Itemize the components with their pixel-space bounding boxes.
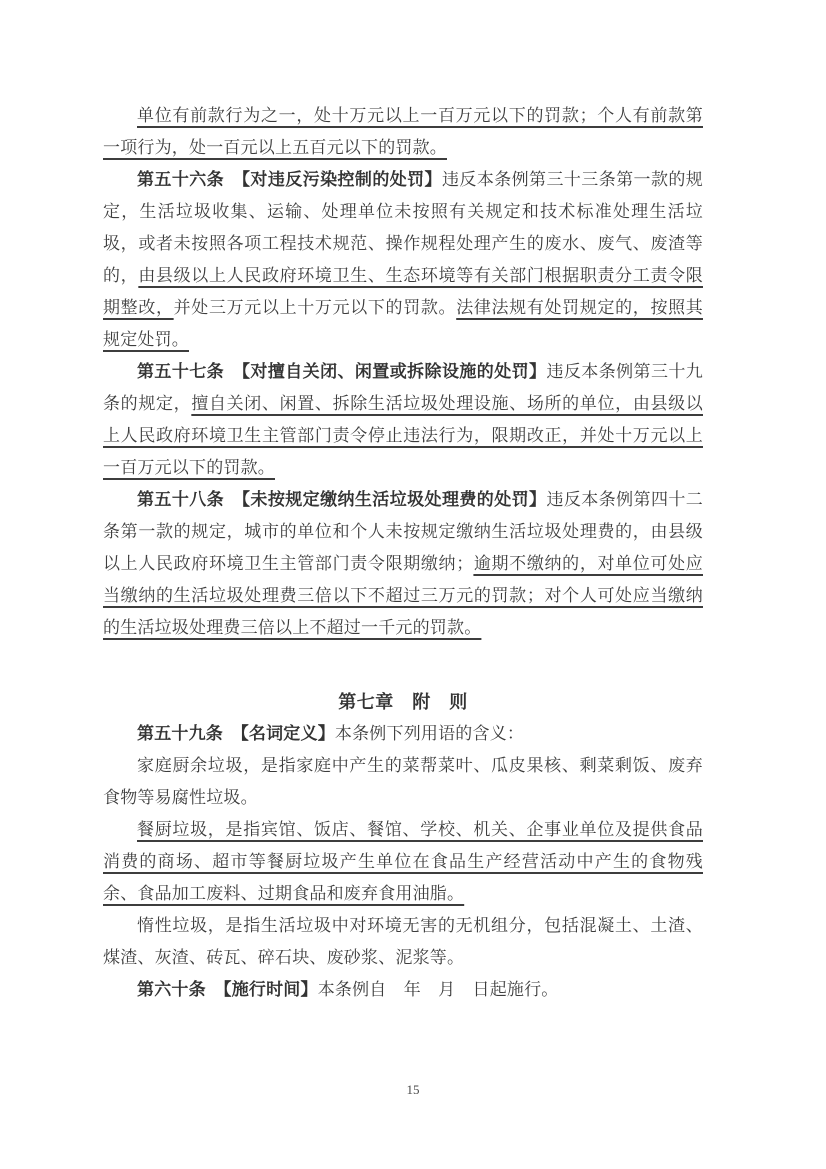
paragraph-article-60: 第六十条 【施行时间】本条例自 年 月 日起施行。 (103, 974, 703, 1006)
paragraph-definition-restaurant-kitchen-waste: 餐厨垃圾，是指宾馆、饭店、餐馆、学校、机关、企事业单位及提供食品消费的商场、超市… (103, 814, 703, 910)
article-title-text: 第六十条 【施行时间】 (137, 980, 318, 999)
underlined-revision-text: 单位有前款行为之一，处十万元以上一百万元以下的罚款；个人有前款第一项行为，处一百… (103, 106, 703, 157)
body-text: 本条例自 年 月 日起施行。 (318, 980, 559, 999)
body-text: 并处三万元以上十万元以下的罚款。 (174, 298, 457, 317)
paragraph-closing-clause-prev-article: 单位有前款行为之一，处十万元以上一百万元以下的罚款；个人有前款第一项行为，处一百… (103, 100, 703, 164)
article-title-text: 第五十九条 【名词定义】 (137, 724, 335, 743)
article-title-text: 第五十八条 【未按规定缴纳生活垃圾处理费的处罚】 (137, 490, 546, 509)
paragraph-article-56: 第五十六条 【对违反污染控制的处罚】违反本条例第三十三条第一款的规定，生活垃圾收… (103, 164, 703, 356)
body-text: 惰性垃圾，是指生活垃圾中对环境无害的无机组分，包括混凝土、土渣、煤渣、灰渣、砖瓦… (103, 916, 703, 967)
article-title-text: 第五十七条 【对擅自关闭、闲置或拆除设施的处罚】 (137, 362, 546, 381)
document-body: 单位有前款行为之一，处十万元以上一百万元以下的罚款；个人有前款第一项行为，处一百… (103, 100, 703, 1006)
underlined-revision-text: 餐厨垃圾，是指宾馆、饭店、餐馆、学校、机关、企事业单位及提供食品消费的商场、超市… (103, 820, 703, 903)
paragraph-article-57: 第五十七条 【对擅自关闭、闲置或拆除设施的处罚】违反本条例第三十九条的规定，擅自… (103, 356, 703, 484)
chapter-heading: 第七章 附 则 (103, 686, 703, 718)
paragraph-article-58: 第五十八条 【未按规定缴纳生活垃圾处理费的处罚】违反本条例第四十二条第一款的规定… (103, 484, 703, 644)
article-title-text: 第五十六条 【对违反污染控制的处罚】 (137, 170, 442, 189)
page-number: 15 (0, 1082, 826, 1098)
paragraph-definition-household-kitchen-waste: 家庭厨余垃圾，是指家庭中产生的菜帮菜叶、瓜皮果核、剩菜剩饭、废弃食物等易腐性垃圾… (103, 750, 703, 814)
paragraph-article-59: 第五十九条 【名词定义】本条例下列用语的含义： (103, 718, 703, 750)
underlined-revision-text: 擅自关闭、闲置、拆除生活垃圾处理设施、场所的单位，由县级以上人民政府环境卫生主管… (103, 394, 703, 477)
body-text: 本条例下列用语的含义： (335, 724, 524, 743)
body-text: 家庭厨余垃圾，是指家庭中产生的菜帮菜叶、瓜皮果核、剩菜剩饭、废弃食物等易腐性垃圾… (103, 756, 703, 807)
paragraph-definition-inert-waste: 惰性垃圾，是指生活垃圾中对环境无害的无机组分，包括混凝土、土渣、煤渣、灰渣、砖瓦… (103, 910, 703, 974)
